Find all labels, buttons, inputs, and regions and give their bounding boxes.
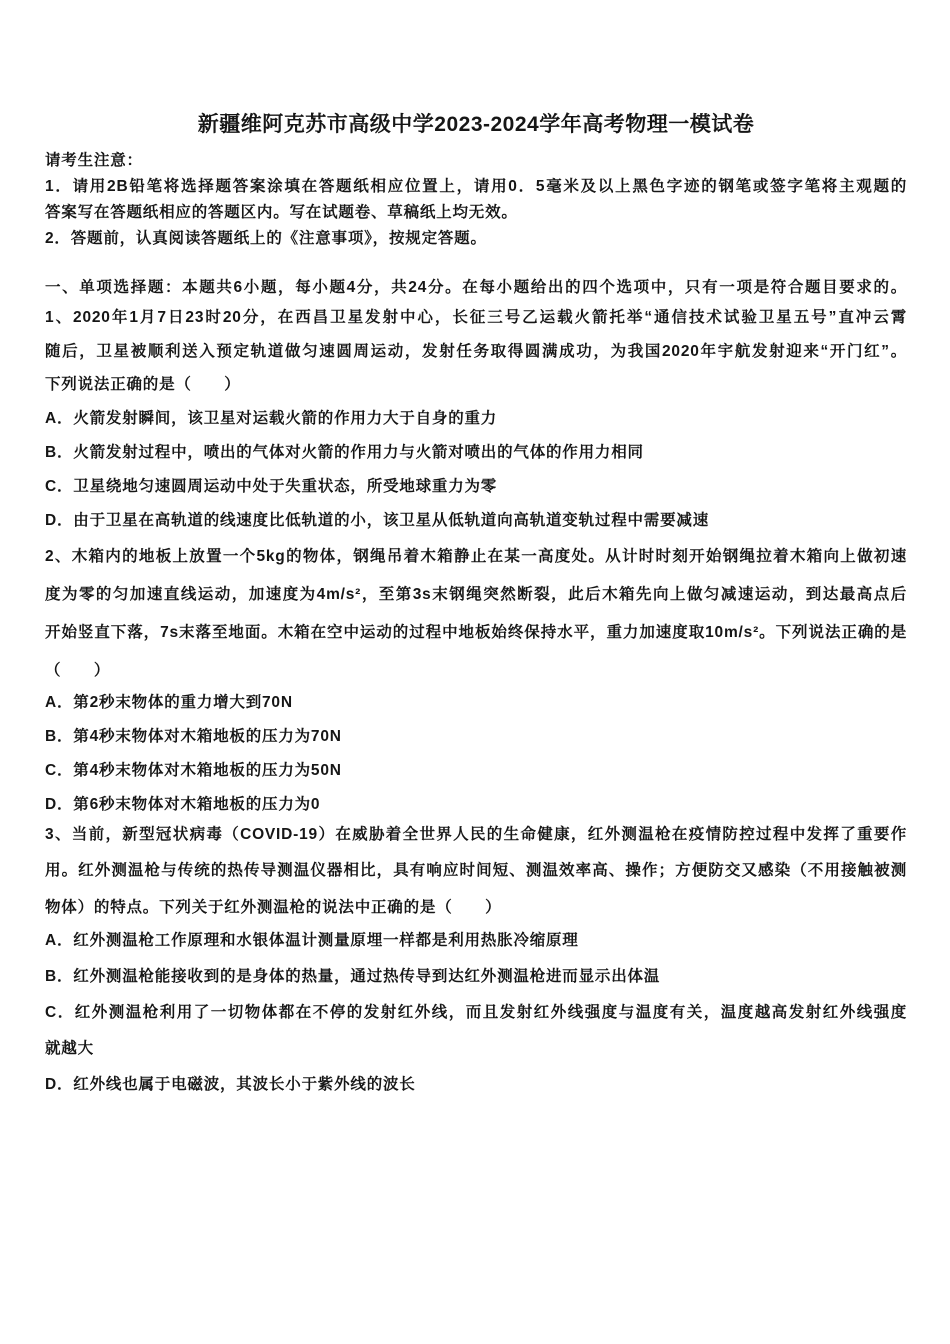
option-line: C．第4秒末物体对木箱地板的压力为50N <box>45 754 907 788</box>
notice-section: 请考生注意： 1．请用2B铅笔将选择题答案涂填在答题纸相应位置上，请用0．5毫米… <box>45 148 907 252</box>
question-stem-line: （ ） <box>45 652 907 690</box>
notice-line: 2．答题前，认真阅读答题纸上的《注意事项》，按规定答题。 <box>45 226 907 252</box>
page-title: 新疆维阿克苏市高级中学2023-2024学年高考物理一模试卷 <box>45 0 907 139</box>
question-2: 2、木箱内的地板上放置一个5kg的物体，钢绳吊着木箱静止在某一高度处。从计时时刻… <box>45 538 907 822</box>
question-2-options: A．第2秒末物体的重力增大到70N B．第4秒末物体对木箱地板的压力为70N C… <box>45 686 907 822</box>
notice-line: 答案写在答题纸相应的答题区内。写在试题卷、草稿纸上均无效。 <box>45 200 907 226</box>
option-line: A．第2秒末物体的重力增大到70N <box>45 686 907 720</box>
question-stem-line: 下列说法正确的是（ ） <box>45 368 907 402</box>
section-header: 一、单项选择题：本题共6小题，每小题4分，共24分。在每小题给出的四个选项中，只… <box>45 275 907 301</box>
option-line: A．红外测温枪工作原理和水银体温计测量原埋一样都是利用热胀冷缩原理 <box>45 923 907 959</box>
notice-line: 1．请用2B铅笔将选择题答案涂填在答题纸相应位置上，请用0．5毫米及以上黑色字迹… <box>45 174 907 200</box>
exam-paper-content: 新疆维阿克苏市高级中学2023-2024学年高考物理一模试卷 请考生注意： 1．… <box>45 0 907 1103</box>
question-stem-line: 度为零的匀加速直线运动，加速度为4m/s²，至第3s末钢绳突然断裂，此后木箱先向… <box>45 576 907 614</box>
option-line: B．红外测温枪能接收到的是身体的热量，通过热传导到达红外测温枪进而显示出体温 <box>45 959 907 995</box>
question-stem-line: 用。红外测温枪与传统的热传导测温仪器相比，具有响应时间短、测温效率高、操作；方便… <box>45 853 907 890</box>
option-line: D．红外线也属于电磁波，其波长小于紫外线的波长 <box>45 1067 907 1103</box>
option-line: 就越大 <box>45 1031 907 1067</box>
question-stem-line: 3、当前，新型冠状病毒（COVID-19）在威胁着全世界人民的生命健康，红外测温… <box>45 817 907 854</box>
question-stem-line: 物体）的特点。下列关于红外测温枪的说法中正确的是（ ） <box>45 890 907 927</box>
question-3-stem: 3、当前，新型冠状病毒（COVID-19）在威胁着全世界人民的生命健康，红外测温… <box>45 817 907 927</box>
question-1-stem: 1、2020年1月7日23时20分，在西昌卫星发射中心，长征三号乙运载火箭托举“… <box>45 301 907 402</box>
notice-heading: 请考生注意： <box>45 148 907 174</box>
option-line: B．火箭发射过程中，喷出的气体对火箭的作用力与火箭对喷出的气体的作用力相同 <box>45 436 907 470</box>
exam-paper-page: 新疆维阿克苏市高级中学2023-2024学年高考物理一模试卷 请考生注意： 1．… <box>0 0 950 1344</box>
option-line: C．红外测温枪利用了一切物体都在不停的发射红外线，而且发射红外线强度与温度有关，… <box>45 995 907 1031</box>
question-3-options: A．红外测温枪工作原理和水银体温计测量原埋一样都是利用热胀冷缩原理 B．红外测温… <box>45 923 907 1103</box>
option-line: C．卫星绕地匀速圆周运动中处于失重状态，所受地球重力为零 <box>45 470 907 504</box>
question-2-stem: 2、木箱内的地板上放置一个5kg的物体，钢绳吊着木箱静止在某一高度处。从计时时刻… <box>45 538 907 690</box>
option-line: A．火箭发射瞬间，该卫星对运载火箭的作用力大于自身的重力 <box>45 402 907 436</box>
question-stem-line: 2、木箱内的地板上放置一个5kg的物体，钢绳吊着木箱静止在某一高度处。从计时时刻… <box>45 538 907 576</box>
question-3: 3、当前，新型冠状病毒（COVID-19）在威胁着全世界人民的生命健康，红外测温… <box>45 817 907 1104</box>
question-stem-line: 随后，卫星被顺利送入预定轨道做匀速圆周运动，发射任务取得圆满成功，为我国2020… <box>45 335 907 369</box>
question-stem-line: 开始竖直下落，7s末落至地面。木箱在空中运动的过程中地板始终保持水平，重力加速度… <box>45 614 907 652</box>
question-1-options: A．火箭发射瞬间，该卫星对运载火箭的作用力大于自身的重力 B．火箭发射过程中，喷… <box>45 402 907 538</box>
question-1: 1、2020年1月7日23时20分，在西昌卫星发射中心，长征三号乙运载火箭托举“… <box>45 301 907 538</box>
question-stem-line: 1、2020年1月7日23时20分，在西昌卫星发射中心，长征三号乙运载火箭托举“… <box>45 301 907 335</box>
option-line: B．第4秒末物体对木箱地板的压力为70N <box>45 720 907 754</box>
option-line: D．由于卫星在高轨道的线速度比低轨道的小，该卫星从低轨道向高轨道变轨过程中需要减… <box>45 504 907 538</box>
